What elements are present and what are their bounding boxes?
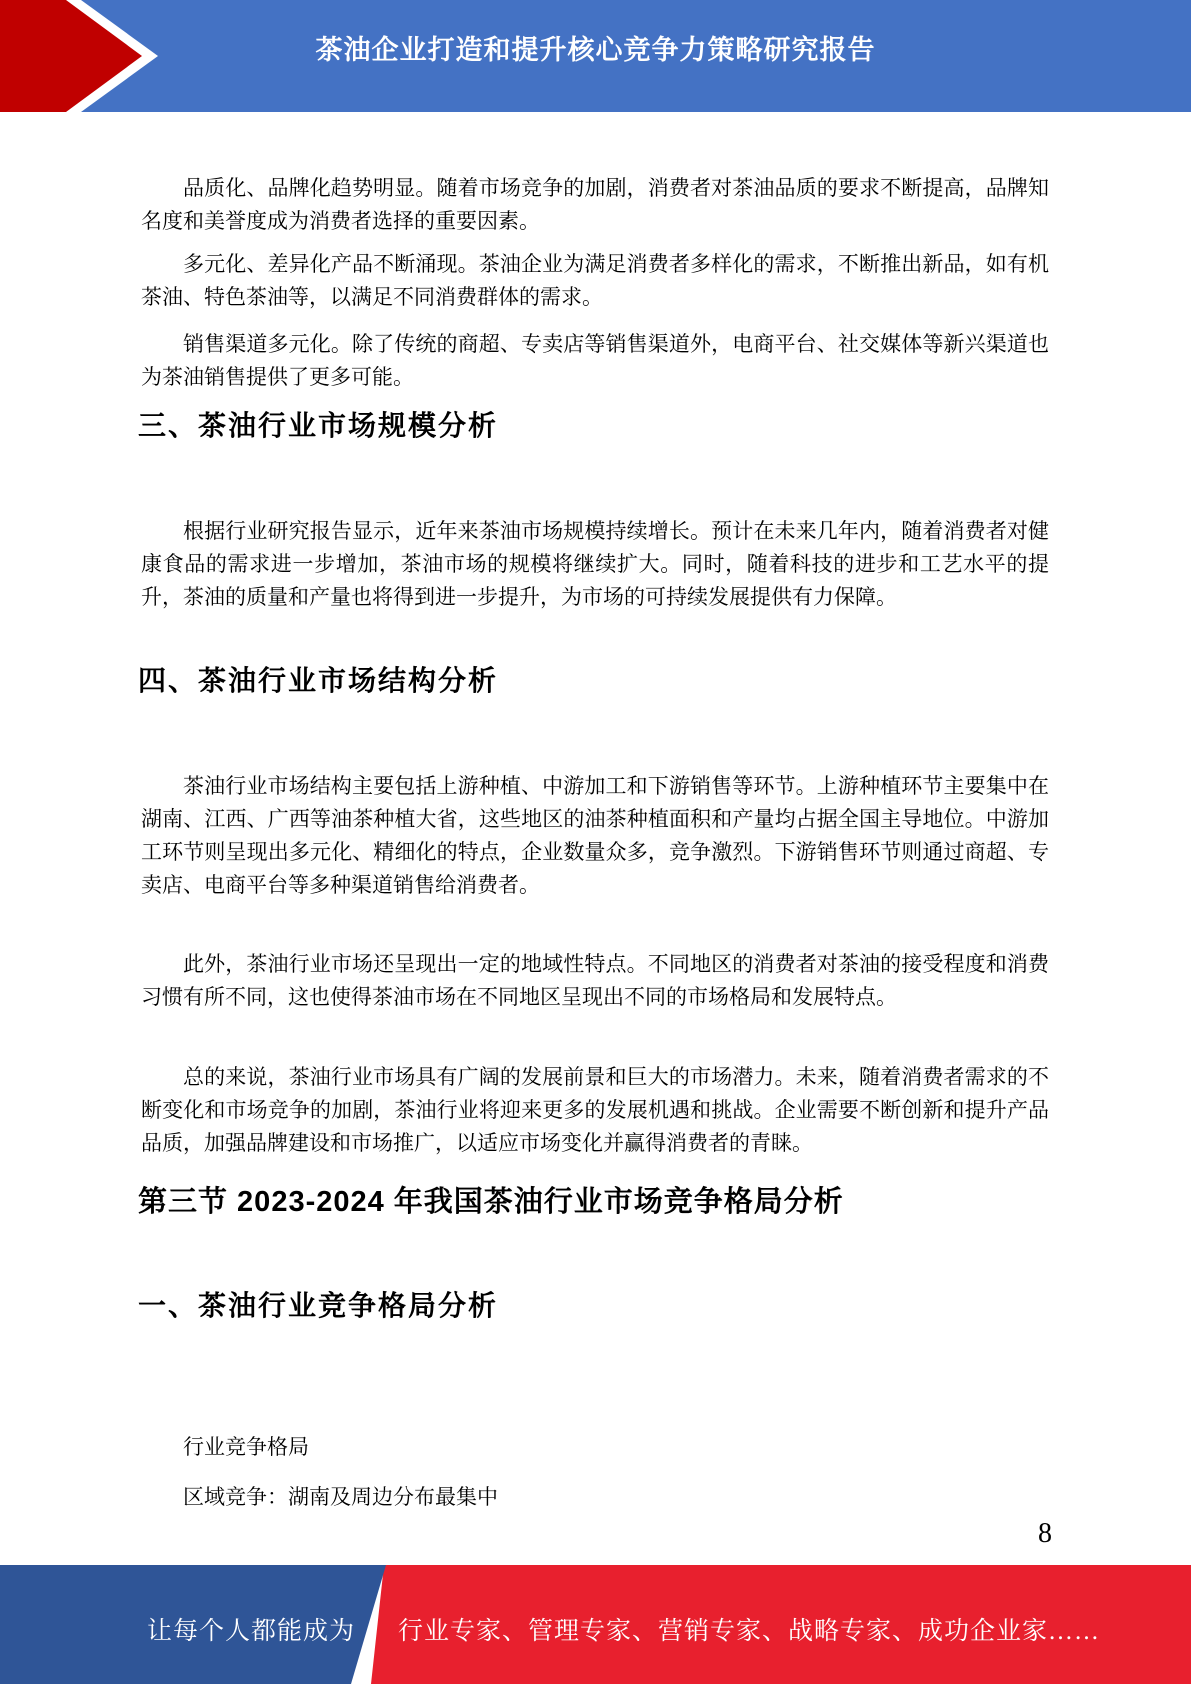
- report-title: 茶油企业打造和提升核心竞争力策略研究报告: [0, 28, 1191, 67]
- page-number: 8: [1038, 1518, 1052, 1550]
- section-heading-market-structure: 四、茶油行业市场结构分析: [138, 665, 498, 697]
- paragraph: 品质化、品牌化趋势明显。随着市场竞争的加剧，消费者对茶油品质的要求不断提高，品牌…: [141, 172, 1049, 238]
- paragraph: 销售渠道多元化。除了传统的商超、专卖店等销售渠道外，电商平台、社交媒体等新兴渠道…: [141, 328, 1049, 394]
- section-heading-competition: 一、茶油行业竞争格局分析: [138, 1290, 498, 1322]
- paragraph: 此外，茶油行业市场还呈现出一定的地域性特点。不同地区的消费者对茶油的接受程度和消…: [141, 948, 1049, 1014]
- text-line: 区域竞争：湖南及周边分布最集中: [141, 1481, 498, 1514]
- section-heading-market-size: 三、茶油行业市场规模分析: [138, 410, 498, 442]
- paragraph: 茶油行业市场结构主要包括上游种植、中游加工和下游销售等环节。上游种植环节主要集中…: [141, 770, 1049, 902]
- paragraph: 根据行业研究报告显示，近年来茶油市场规模持续增长。预计在未来几年内，随着消费者对…: [141, 515, 1049, 614]
- paragraph: 多元化、差异化产品不断涌现。茶油企业为满足消费者多样化的需求，不断推出新品，如有…: [141, 248, 1049, 314]
- chapter-heading: 第三节 2023-2024 年我国茶油行业市场竞争格局分析: [138, 1186, 844, 1219]
- header-bar: 茶油企业打造和提升核心竞争力策略研究报告: [0, 0, 1191, 112]
- footer-slogan-left: 让每个人都能成为: [147, 1611, 355, 1647]
- paragraph: 总的来说，茶油行业市场具有广阔的发展前景和巨大的市场潜力。未来，随着消费者需求的…: [141, 1061, 1049, 1160]
- text-line: 行业竞争格局: [141, 1431, 309, 1464]
- report-page: 茶油企业打造和提升核心竞争力策略研究报告 品质化、品牌化趋势明显。随着市场竞争的…: [0, 0, 1191, 1684]
- footer-slogan-right: 行业专家、管理专家、营销专家、战略专家、成功企业家……: [398, 1611, 1100, 1647]
- footer-bar: 让每个人都能成为 行业专家、管理专家、营销专家、战略专家、成功企业家……: [0, 1565, 1191, 1684]
